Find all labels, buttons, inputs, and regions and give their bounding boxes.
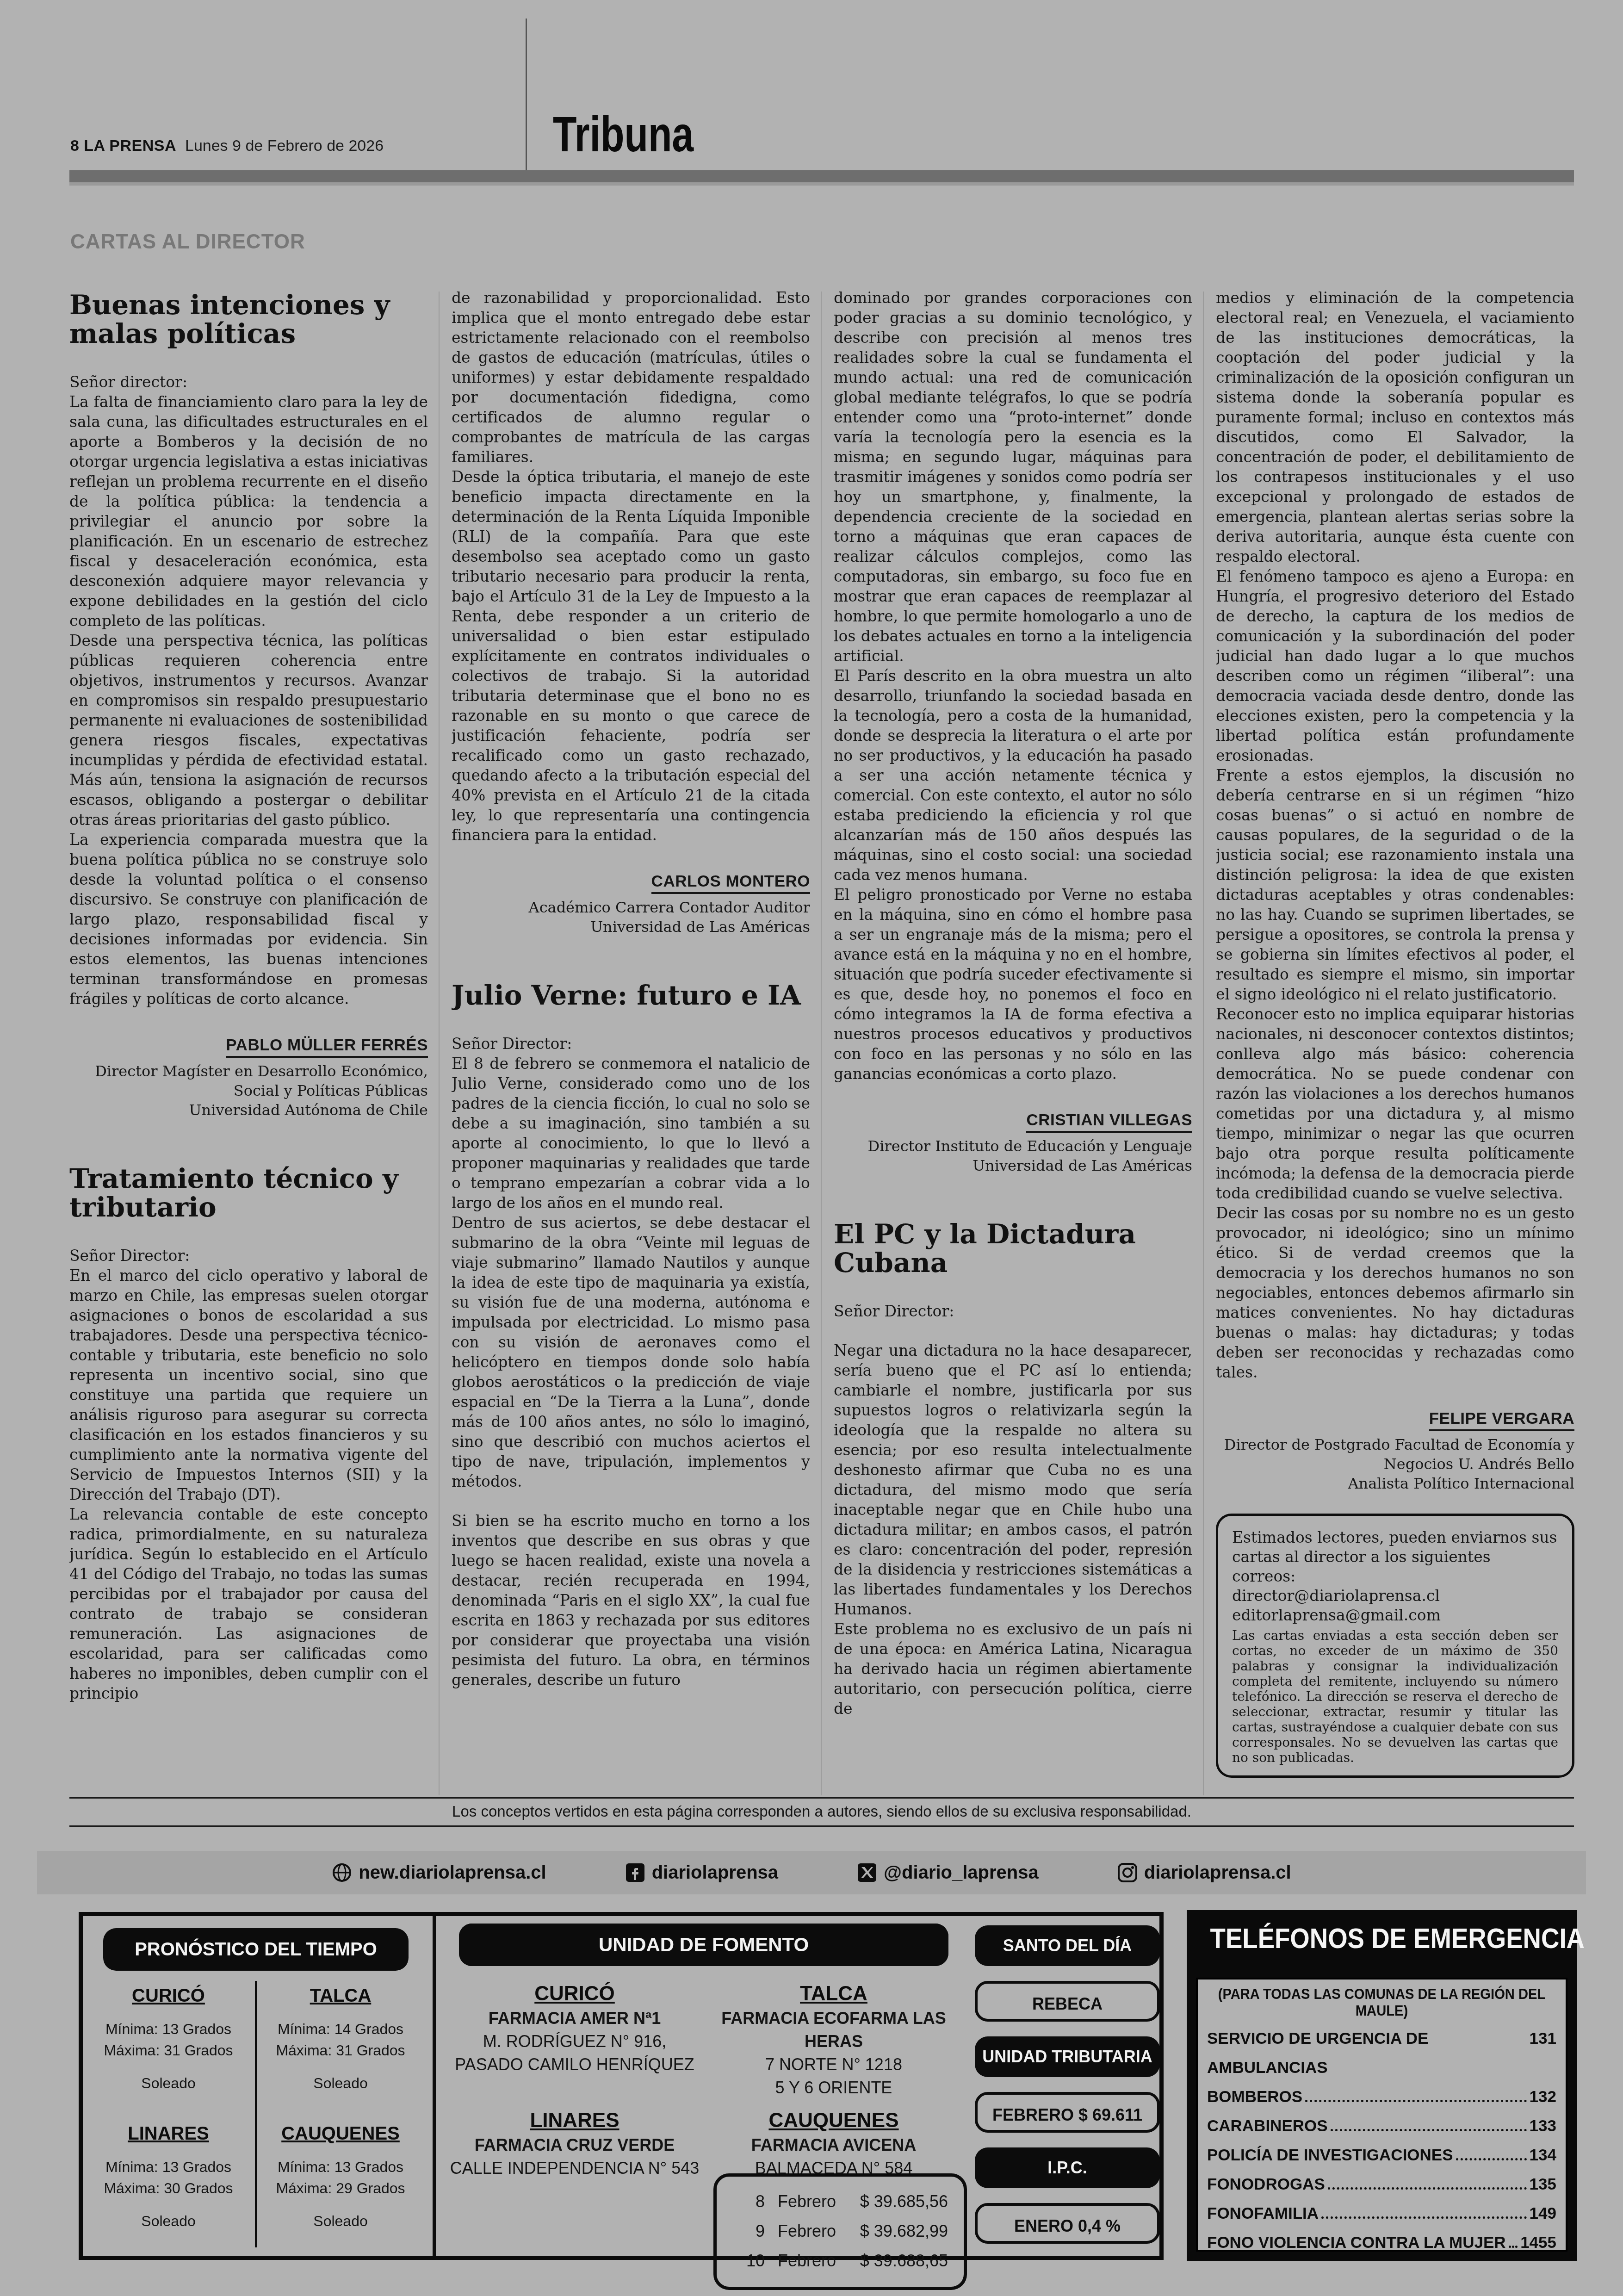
- letter-paragraph: Reconocer esto no implica equiparar hist…: [1216, 1004, 1574, 1203]
- letter-paragraph: Este problema no es exclusivo de un país…: [834, 1619, 1192, 1719]
- signature-line: Universidad de Las Américas: [834, 1156, 1192, 1175]
- emergency-box: TELÉFONOS DE EMERGENCIA (PARA TODAS LAS …: [1187, 1910, 1577, 2261]
- emergency-row: POLICÍA DE INVESTIGACIONES134: [1207, 2141, 1556, 2170]
- letter-signature: CRISTIAN VILLEGASDirector Instituto de E…: [834, 1111, 1192, 1175]
- instagram-icon: [1117, 1862, 1138, 1883]
- santo-header-pill: SANTO DEL DÍA: [975, 1925, 1160, 1966]
- pharmacy-name: FARMACIA AMER Nª1: [450, 2007, 700, 2030]
- uf-value: $ 39.685,56: [860, 2187, 948, 2216]
- emergency-row: FONO VIOLENCIA CONTRA LA MUJER1455: [1207, 2228, 1556, 2257]
- header-band: [69, 170, 1574, 186]
- weather-max: Máxima: 31 Grados: [255, 2040, 426, 2061]
- weather-values: Mínima: 13 GradosMáxima: 29 Grados: [255, 2156, 426, 2199]
- letter-paragraph: El peligro pronosticado por Verne no est…: [834, 885, 1192, 1084]
- dotted-leader: [1509, 2246, 1518, 2248]
- uf-row: 10Febrero$ 39.688,65: [732, 2246, 948, 2276]
- emergency-number: 1455: [1520, 2228, 1556, 2257]
- letter-paragraph: Negar una dictadura no la hace desaparec…: [834, 1340, 1192, 1619]
- column-rule: [1203, 292, 1204, 1795]
- weather-values: Mínima: 13 GradosMáxima: 31 Grados: [83, 2018, 254, 2061]
- pharmacy-city: CURICÓ: [450, 1981, 700, 2007]
- letter-paragraph: dominado por grandes corporaciones con p…: [834, 288, 1192, 666]
- emergency-number: 134: [1530, 2141, 1556, 2170]
- emergency-number: 131: [1530, 2024, 1556, 2053]
- emergency-service: POLICÍA DE INVESTIGACIONES: [1207, 2141, 1453, 2170]
- weather-max: Máxima: 30 Grados: [83, 2178, 254, 2199]
- weather-city: TALCA: [255, 1986, 426, 2006]
- emergency-number: 132: [1530, 2082, 1556, 2111]
- disclaimer-strip: Los conceptos vertidos en esta página co…: [69, 1797, 1574, 1827]
- pharmacy-city: LINARES: [450, 2108, 700, 2134]
- readers-info-box: Estimados lectores, pueden enviarnos sus…: [1216, 1514, 1574, 1778]
- letter-paragraph: Dentro de sus aciertos, se debe destacar…: [452, 1213, 810, 1491]
- emergency-service: BOMBEROS: [1207, 2082, 1302, 2111]
- readers-box-intro: Estimados lectores, pueden enviarnos sus…: [1232, 1528, 1558, 1586]
- weather-cell: CURICÓMínima: 13 GradosMáxima: 31 Grados…: [83, 1986, 254, 2092]
- signature-name: CARLOS MONTERO: [651, 872, 810, 894]
- brand-label: 8 LA PRENSA: [70, 137, 176, 155]
- emergency-number: 135: [1530, 2170, 1556, 2199]
- readers-box-rules: Las cartas enviadas a esta sección deben…: [1232, 1628, 1558, 1765]
- signature-line: Académico Carrera Contador Auditor: [452, 898, 810, 917]
- pharmacy-name: FARMACIA ECOFARMA LAS HERAS: [709, 2007, 959, 2053]
- emergency-service: FONODROGAS: [1207, 2170, 1325, 2199]
- signature-line: Universidad Autónoma de Chile: [69, 1100, 428, 1120]
- pharmacy-city: TALCA: [709, 1981, 959, 2007]
- letter-signature: FELIPE VERGARADirector de Postgrado Facu…: [1216, 1409, 1574, 1493]
- weather-condition: Soleado: [83, 2075, 254, 2092]
- weather-cell: TALCAMínima: 14 GradosMáxima: 31 GradosS…: [255, 1986, 426, 2092]
- uf-row: 9Febrero$ 39.682,99: [732, 2216, 948, 2246]
- signature-name: CRISTIAN VILLEGAS: [1026, 1111, 1192, 1133]
- emergency-service: SERVICIO DE URGENCIA DE AMBULANCIAS: [1207, 2024, 1524, 2082]
- uf-month: Febrero: [778, 2187, 836, 2216]
- column-rule: [439, 292, 440, 1795]
- santo-value-pill: ENERO 0,4 %: [975, 2203, 1160, 2244]
- pharmacy-entry: LINARESFARMACIA CRUZ VERDECALLE INDEPEND…: [450, 2108, 700, 2180]
- emergency-service: FONO VIOLENCIA CONTRA LA MUJER: [1207, 2228, 1506, 2257]
- letter-paragraph: La falta de financiamiento claro para la…: [69, 392, 428, 631]
- pharmacy-address: M. RODRÍGUEZ N° 916,: [450, 2030, 700, 2053]
- weather-condition: Soleado: [255, 2075, 426, 2092]
- emergency-rows: SERVICIO DE URGENCIA DE AMBULANCIAS131BO…: [1207, 2024, 1556, 2257]
- uf-label: UNIDAD DE FOMENTO: [459, 1924, 948, 1966]
- emergency-row: CARABINEROS133: [1207, 2111, 1556, 2141]
- weather-panel: PRONÓSTICO DEL TIEMPO CURICÓMínima: 13 G…: [83, 1916, 429, 2256]
- santo-value-pill: REBECA: [975, 1981, 1160, 2022]
- x-item: @diario_laprensa: [857, 1862, 1039, 1883]
- weather-title: PRONÓSTICO DEL TIEMPO: [103, 1928, 409, 1971]
- uf-value: $ 39.688,65: [860, 2246, 948, 2276]
- emergency-row: SERVICIO DE URGENCIA DE AMBULANCIAS131: [1207, 2024, 1556, 2082]
- letter-signature: PABLO MÜLLER FERRÉSDirector Magíster en …: [69, 1036, 428, 1120]
- paragraph-gap: [452, 1491, 810, 1511]
- santo-panel: SANTO DEL DÍAREBECAUNIDAD TRIBUTARIAFEBR…: [975, 1916, 1160, 2256]
- pharmacy-entry: CURICÓFARMACIA AMER Nª1M. RODRÍGUEZ N° 9…: [450, 1981, 700, 2076]
- instagram-item: diariolaprensa.cl: [1117, 1862, 1291, 1883]
- letter-title: El PC y la Dictadura Cubana: [834, 1220, 1192, 1277]
- letter-title: Julio Verne: futuro e IA: [452, 981, 810, 1010]
- uf-row: 8Febrero$ 39.685,56: [732, 2187, 948, 2216]
- social-band: new.diariolaprensa.cl diariolaprensa @di…: [37, 1851, 1586, 1894]
- weather-min: Mínima: 14 Grados: [255, 2018, 426, 2040]
- signature-line: Director de Postgrado Facultad de Econom…: [1216, 1435, 1574, 1454]
- letter-paragraph: Decir las cosas por su nombre no es un g…: [1216, 1203, 1574, 1382]
- readers-box-email: director@diariolaprensa.cl: [1232, 1586, 1558, 1606]
- emergency-row: FONOFAMILIA149: [1207, 2199, 1556, 2228]
- signature-line: Analista Político Internacional: [1216, 1474, 1574, 1493]
- uf-values-box: 8Febrero$ 39.685,569Febrero$ 39.682,9910…: [713, 2173, 967, 2290]
- letters-column-1: Buenas intenciones y malas políticasSeño…: [69, 288, 428, 1801]
- pharmacy-entry: CAUQUENESFARMACIA AVICENABALMACEDA N° 58…: [709, 2108, 959, 2180]
- pharmacy-entry: TALCAFARMACIA ECOFARMA LAS HERAS7 NORTE …: [709, 1981, 959, 2099]
- pharmacy-address: CALLE INDEPENDENCIA N° 543: [450, 2157, 700, 2180]
- letter-paragraph: Si bien se ha escrito mucho en torno a l…: [452, 1511, 810, 1690]
- facebook-item: diariolaprensa: [625, 1862, 778, 1883]
- pharmacy-address: 7 NORTE N° 1218: [709, 2053, 959, 2076]
- column-rule: [821, 292, 822, 1795]
- x-icon: [857, 1862, 877, 1883]
- letter-paragraph: El París descrito en la obra muestra un …: [834, 666, 1192, 885]
- letter-paragraph: La experiencia comparada muestra que la …: [69, 830, 428, 1009]
- santo-header-pill: I.P.C.: [975, 2147, 1160, 2188]
- emergency-number: 149: [1530, 2199, 1556, 2228]
- readers-box-email: editorlaprensa@gmail.com: [1232, 1606, 1558, 1625]
- page-folio: 8 LA PRENSA Lunes 9 de Febrero de 2026: [70, 137, 384, 155]
- pharmacy-city: CAUQUENES: [709, 2108, 959, 2134]
- newspaper-page: 8 LA PRENSA Lunes 9 de Febrero de 2026 T…: [0, 0, 1623, 2296]
- letter-paragraph: Desde una perspectiva técnica, las polít…: [69, 631, 428, 830]
- emergency-row: FONODROGAS135: [1207, 2170, 1556, 2199]
- signature-line: Social y Políticas Públicas: [69, 1081, 428, 1100]
- dotted-leader: [1331, 2129, 1527, 2131]
- emergency-title: TELÉFONOS DE EMERGENCIA: [1210, 1922, 1554, 1955]
- letter-paragraph: de razonabilidad y proporcionalidad. Est…: [452, 288, 810, 467]
- uf-value: $ 39.682,99: [860, 2216, 948, 2246]
- santo-header-pill: UNIDAD TRIBUTARIA: [975, 2036, 1160, 2077]
- signature-line: Director Magíster en Desarrollo Económic…: [69, 1061, 428, 1081]
- emergency-row: BOMBEROS132: [1207, 2082, 1556, 2111]
- pharmacy-panel: FARMACIA DE TURNO CURICÓFARMACIA AMER Nª…: [433, 1916, 972, 2256]
- letter-signature: CARLOS MONTEROAcadémico Carrera Contador…: [452, 872, 810, 937]
- weather-values: Mínima: 13 GradosMáxima: 30 Grados: [83, 2156, 254, 2199]
- weather-min: Mínima: 13 Grados: [83, 2018, 254, 2040]
- emergency-number: 133: [1530, 2111, 1556, 2141]
- uf-month: Febrero: [778, 2216, 836, 2246]
- date-label: Lunes 9 de Febrero de 2026: [185, 137, 384, 155]
- weather-city: CURICÓ: [83, 1986, 254, 2006]
- uf-day: 9: [732, 2216, 765, 2246]
- signature-line: Universidad de Las Américas: [452, 917, 810, 937]
- section-title: Tribuna: [553, 109, 733, 159]
- letters-column-4: medios y eliminación de la competencia e…: [1216, 288, 1574, 1801]
- website-item: new.diariolaprensa.cl: [332, 1862, 546, 1883]
- letter-paragraph: El fenómeno tampoco es ajeno a Europa: e…: [1216, 566, 1574, 765]
- paragraph-gap: [834, 1321, 1192, 1340]
- signature-name: FELIPE VERGARA: [1429, 1409, 1574, 1431]
- weather-cell: CAUQUENESMínima: 13 GradosMáxima: 29 Gra…: [255, 2123, 426, 2230]
- weather-max: Máxima: 29 Grados: [255, 2178, 426, 2199]
- letters-column-2: de razonabilidad y proporcionalidad. Est…: [452, 288, 810, 1801]
- weather-min: Mínima: 13 Grados: [255, 2156, 426, 2178]
- weather-max: Máxima: 31 Grados: [83, 2040, 254, 2061]
- uf-month: Febrero: [778, 2246, 836, 2276]
- letter-paragraph: Desde la óptica tributaria, el manejo de…: [452, 467, 810, 845]
- weather-cell: LINARESMínima: 13 GradosMáxima: 30 Grado…: [83, 2123, 254, 2230]
- weather-condition: Soleado: [83, 2213, 254, 2230]
- letter-salutation: Señor director:: [69, 372, 428, 392]
- letter-paragraph: En el marco del ciclo operativo y labora…: [69, 1266, 428, 1504]
- signature-line: Negocios U. Andrés Bello: [1216, 1454, 1574, 1474]
- letters-column-3: dominado por grandes corporaciones con p…: [834, 288, 1192, 1801]
- dotted-leader: [1328, 2187, 1527, 2190]
- emergency-panel: (PARA TODAS LAS COMUNAS DE LA REGIÓN DEL…: [1196, 1978, 1567, 2252]
- weather-min: Mínima: 13 Grados: [83, 2156, 254, 2178]
- signature-line: Director Instituto de Educación y Lengua…: [834, 1136, 1192, 1156]
- header-divider: [526, 19, 527, 171]
- emergency-subtitle: (PARA TODAS LAS COMUNAS DE LA REGIÓN DEL…: [1218, 1986, 1546, 2019]
- pharmacy-address: PASADO CAMILO HENRÍQUEZ: [450, 2053, 700, 2076]
- letter-paragraph: La relevancia contable de este concepto …: [69, 1504, 428, 1703]
- weather-values: Mínima: 14 GradosMáxima: 31 Grados: [255, 2018, 426, 2061]
- letter-salutation: Señor Director:: [69, 1246, 428, 1266]
- letter-paragraph: Frente a estos ejemplos, la discusión no…: [1216, 765, 1574, 1004]
- weather-condition: Soleado: [255, 2213, 426, 2230]
- facebook-icon: [625, 1862, 645, 1883]
- weather-city: LINARES: [83, 2123, 254, 2144]
- cartas-heading: CARTAS AL DIRECTOR: [70, 230, 305, 254]
- letter-paragraph: medios y eliminación de la competencia e…: [1216, 288, 1574, 566]
- dotted-leader: [1321, 2216, 1527, 2219]
- letter-paragraph: El 8 de febrero se conmemora el natalici…: [452, 1054, 810, 1213]
- uf-day: 10: [732, 2246, 765, 2276]
- info-box: PRONÓSTICO DEL TIEMPO CURICÓMínima: 13 G…: [79, 1912, 1164, 2260]
- uf-day: 8: [732, 2187, 765, 2216]
- letter-salutation: Señor Director:: [452, 1034, 810, 1054]
- emergency-service: CARABINEROS: [1207, 2111, 1328, 2141]
- globe-icon: [332, 1862, 352, 1883]
- signature-name: PABLO MÜLLER FERRÉS: [226, 1036, 428, 1058]
- pharmacy-name: FARMACIA CRUZ VERDE: [450, 2134, 700, 2157]
- letter-salutation: Señor Director:: [834, 1301, 1192, 1321]
- pharmacy-name: FARMACIA AVICENA: [709, 2134, 959, 2157]
- dotted-leader: [1456, 2158, 1527, 2160]
- santo-value-pill: FEBRERO $ 69.611: [975, 2092, 1160, 2133]
- letter-title: Tratamiento técnico y tributario: [69, 1164, 428, 1222]
- emergency-service: FONOFAMILIA: [1207, 2199, 1319, 2228]
- letter-title: Buenas intenciones y malas políticas: [69, 291, 428, 348]
- dotted-leader: [1305, 2100, 1526, 2102]
- pharmacy-address: 5 Y 6 ORIENTE: [709, 2076, 959, 2099]
- weather-city: CAUQUENES: [255, 2123, 426, 2144]
